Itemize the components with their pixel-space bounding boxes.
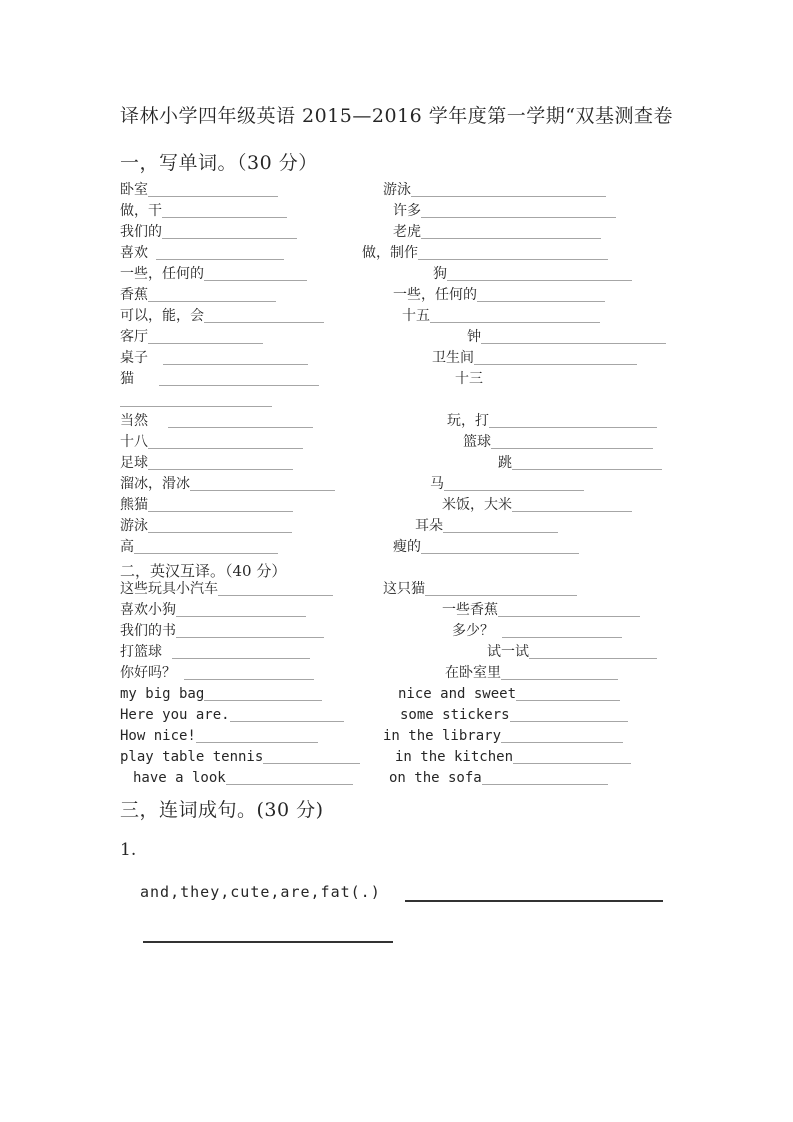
word-item: 在卧室里 bbox=[360, 663, 700, 684]
word-label: 这只猫 bbox=[383, 581, 425, 597]
word-item: How nice! bbox=[120, 726, 360, 747]
word-item: 这些玩具小汽车 bbox=[120, 579, 360, 600]
section1-heading: 一，写单词。（30 分） bbox=[120, 148, 318, 175]
answer-blank bbox=[425, 583, 577, 596]
word-label: 十三 bbox=[455, 371, 483, 387]
section1-right-column: 游泳许多老虎做，制作狗一些，任何的十五钟卫生间十三玩，打篮球跳马米饭，大米耳朵瘦… bbox=[360, 180, 700, 558]
word-item bbox=[120, 390, 360, 411]
word-item: my big bag bbox=[120, 684, 360, 705]
word-label: Here you are. bbox=[120, 707, 230, 723]
word-label: 卫生间 bbox=[432, 350, 474, 366]
document-page: 译林小学四年级英语 2015—2016 学年度第一学期“双基测查卷 一，写单词。… bbox=[0, 0, 793, 1122]
answer-blank bbox=[512, 457, 662, 470]
answer-blank bbox=[162, 226, 297, 239]
word-item: 我们的书 bbox=[120, 621, 360, 642]
answer-blank bbox=[489, 415, 657, 428]
word-item: 玩，打 bbox=[360, 411, 700, 432]
answer-blank bbox=[148, 520, 292, 533]
word-item: 卧室 bbox=[120, 180, 360, 201]
word-item: 卫生间 bbox=[360, 348, 700, 369]
word-label: 桌子 bbox=[120, 350, 148, 366]
answer-blank bbox=[172, 646, 310, 659]
answer-blank bbox=[418, 247, 608, 260]
section2-left-column: 这些玩具小汽车喜欢小狗我们的书打篮球你好吗？my big bagHere you… bbox=[120, 579, 360, 789]
answer-blank bbox=[148, 331, 263, 344]
word-item: 游泳 bbox=[120, 516, 360, 537]
answer-blank bbox=[421, 541, 579, 554]
word-label: my big bag bbox=[120, 686, 204, 702]
answer-blank bbox=[148, 184, 278, 197]
word-label: 打篮球 bbox=[120, 644, 162, 660]
question-prompt: and,they,cute,are,fat(.) bbox=[140, 883, 381, 901]
answer-blank bbox=[204, 310, 324, 323]
word-label: 一些，任何的 bbox=[120, 266, 204, 282]
answer-blank bbox=[529, 646, 657, 659]
section2-right-column: 这只猫一些香蕉多少？试一试在卧室里nice and sweetsome stic… bbox=[360, 579, 700, 789]
word-item: 一些香蕉 bbox=[360, 600, 700, 621]
word-label: 钟 bbox=[467, 329, 481, 345]
answer-blank bbox=[516, 688, 620, 701]
word-item: Here you are. bbox=[120, 705, 360, 726]
word-item: on the sofa bbox=[360, 768, 700, 789]
word-label: 我们的书 bbox=[120, 623, 176, 639]
word-item: 马 bbox=[360, 474, 700, 495]
word-item: 香蕉 bbox=[120, 285, 360, 306]
word-item: 狗 bbox=[360, 264, 700, 285]
answer-blank bbox=[230, 709, 344, 722]
word-label: 客厅 bbox=[120, 329, 148, 345]
answer-blank bbox=[421, 226, 601, 239]
answer-blank bbox=[168, 415, 313, 428]
word-label: in the library bbox=[383, 728, 501, 744]
word-label: 游泳 bbox=[120, 518, 148, 534]
word-item: 老虎 bbox=[360, 222, 700, 243]
word-label: 猫 bbox=[120, 371, 134, 387]
word-item: 可以，能，会 bbox=[120, 306, 360, 327]
word-item: 足球 bbox=[120, 453, 360, 474]
word-label: 许多 bbox=[393, 203, 421, 219]
answer-blank bbox=[421, 205, 616, 218]
answer-blank bbox=[156, 247, 284, 260]
word-label: How nice! bbox=[120, 728, 196, 744]
word-item: 我们的 bbox=[120, 222, 360, 243]
word-label: 熊猫 bbox=[120, 497, 148, 513]
word-item: 试一试 bbox=[360, 642, 700, 663]
answer-blank bbox=[510, 709, 628, 722]
word-label: 高 bbox=[120, 539, 134, 555]
word-item: in the kitchen bbox=[360, 747, 700, 768]
answer-blank bbox=[148, 436, 303, 449]
word-label: nice and sweet bbox=[398, 686, 516, 702]
word-item: 高 bbox=[120, 537, 360, 558]
word-label: 足球 bbox=[120, 455, 148, 471]
word-item: 一些，任何的 bbox=[360, 285, 700, 306]
answer-blank bbox=[474, 352, 637, 365]
word-label: 在卧室里 bbox=[445, 665, 501, 681]
answer-blank bbox=[430, 310, 600, 323]
answer-blank bbox=[148, 499, 293, 512]
answer-blank bbox=[163, 352, 308, 365]
answer-blank bbox=[176, 625, 324, 638]
word-item: 耳朵 bbox=[360, 516, 700, 537]
word-label: 我们的 bbox=[120, 224, 162, 240]
word-item: 做，制作 bbox=[360, 243, 700, 264]
word-item: 十五 bbox=[360, 306, 700, 327]
word-item bbox=[360, 390, 700, 411]
word-label: 游泳 bbox=[383, 182, 411, 198]
word-label: play table tennis bbox=[120, 749, 263, 765]
word-label: some stickers bbox=[400, 707, 510, 723]
word-label: 十五 bbox=[402, 308, 430, 324]
answer-blank bbox=[162, 205, 287, 218]
answer-blank bbox=[134, 541, 278, 554]
page-title: 译林小学四年级英语 2015—2016 学年度第一学期“双基测查卷 bbox=[120, 101, 673, 128]
word-item: 猫 bbox=[120, 369, 360, 390]
answer-blank bbox=[512, 499, 632, 512]
word-label: in the kitchen bbox=[395, 749, 513, 765]
section1-left-column: 卧室做，干我们的喜欢一些，任何的香蕉可以，能，会客厅桌子猫当然十八足球溜冰，滑冰… bbox=[120, 180, 360, 558]
answer-blank bbox=[204, 268, 307, 281]
word-label: 一些，任何的 bbox=[393, 287, 477, 303]
word-label: 溜冰，滑冰 bbox=[120, 476, 190, 492]
answer-blank bbox=[411, 184, 606, 197]
answer-blank bbox=[443, 520, 558, 533]
word-item: in the library bbox=[360, 726, 700, 747]
section3-heading: 三，连词成句。(30 分) bbox=[120, 795, 324, 822]
word-item: 溜冰，滑冰 bbox=[120, 474, 360, 495]
word-item: 篮球 bbox=[360, 432, 700, 453]
word-item: 做，干 bbox=[120, 201, 360, 222]
word-label: 可以，能，会 bbox=[120, 308, 204, 324]
answer-blank bbox=[491, 436, 653, 449]
answer-blank bbox=[502, 625, 622, 638]
word-label: 香蕉 bbox=[120, 287, 148, 303]
word-item: 桌子 bbox=[120, 348, 360, 369]
word-label: 喜欢小狗 bbox=[120, 602, 176, 618]
word-item: have a look bbox=[120, 768, 360, 789]
word-item: 许多 bbox=[360, 201, 700, 222]
word-item: 多少？ bbox=[360, 621, 700, 642]
answer-blank bbox=[447, 268, 632, 281]
word-label: 这些玩具小汽车 bbox=[120, 581, 218, 597]
word-label: 喜欢 bbox=[120, 245, 148, 261]
answer-blank bbox=[143, 941, 393, 943]
answer-blank bbox=[481, 331, 666, 344]
word-label: 老虎 bbox=[393, 224, 421, 240]
word-item: 喜欢小狗 bbox=[120, 600, 360, 621]
answer-blank bbox=[498, 604, 640, 617]
word-label: 瘦的 bbox=[393, 539, 421, 555]
word-item: 喜欢 bbox=[120, 243, 360, 264]
answer-blank bbox=[263, 751, 360, 764]
word-label: 篮球 bbox=[463, 434, 491, 450]
word-label: 做，干 bbox=[120, 203, 162, 219]
answer-blank bbox=[204, 688, 322, 701]
word-label: 多少？ bbox=[452, 623, 494, 639]
word-label: 你好吗？ bbox=[120, 665, 176, 681]
word-label: 跳 bbox=[498, 455, 512, 471]
word-item: nice and sweet bbox=[360, 684, 700, 705]
answer-blank bbox=[184, 667, 314, 680]
word-label: 一些香蕉 bbox=[442, 602, 498, 618]
word-item: 一些，任何的 bbox=[120, 264, 360, 285]
word-label: have a look bbox=[133, 770, 226, 786]
word-item: 当然 bbox=[120, 411, 360, 432]
word-item: 客厅 bbox=[120, 327, 360, 348]
word-item: play table tennis bbox=[120, 747, 360, 768]
word-label: 做，制作 bbox=[362, 245, 418, 261]
answer-blank bbox=[120, 394, 272, 407]
word-item: some stickers bbox=[360, 705, 700, 726]
word-label: 狗 bbox=[433, 266, 447, 282]
word-label: 试一试 bbox=[487, 644, 529, 660]
answer-blank bbox=[482, 772, 608, 785]
word-label: 卧室 bbox=[120, 182, 148, 198]
word-label: 十八 bbox=[120, 434, 148, 450]
answer-blank bbox=[444, 478, 584, 491]
answer-blank bbox=[501, 667, 618, 680]
answer-blank bbox=[218, 583, 333, 596]
answer-blank bbox=[148, 289, 276, 302]
word-item: 瘦的 bbox=[360, 537, 700, 558]
word-item: 打篮球 bbox=[120, 642, 360, 663]
word-item: 十三 bbox=[360, 369, 700, 390]
answer-blank bbox=[477, 289, 605, 302]
word-item: 你好吗？ bbox=[120, 663, 360, 684]
answer-blank bbox=[226, 772, 353, 785]
answer-blank bbox=[159, 373, 319, 386]
word-item: 钟 bbox=[360, 327, 700, 348]
answer-blank bbox=[513, 751, 631, 764]
section2-heading: 二，英汉互译。（40 分） bbox=[120, 560, 286, 581]
word-label: 当然 bbox=[120, 413, 148, 429]
word-label: 玩，打 bbox=[447, 413, 489, 429]
word-label: 马 bbox=[430, 476, 444, 492]
word-label: 米饭，大米 bbox=[442, 497, 512, 513]
word-item: 这只猫 bbox=[360, 579, 700, 600]
word-item: 游泳 bbox=[360, 180, 700, 201]
answer-blank bbox=[405, 900, 663, 902]
answer-blank bbox=[190, 478, 335, 491]
word-item: 米饭，大米 bbox=[360, 495, 700, 516]
answer-blank bbox=[148, 457, 293, 470]
question-number: 1. bbox=[120, 840, 136, 860]
word-item: 熊猫 bbox=[120, 495, 360, 516]
answer-blank bbox=[196, 730, 318, 743]
answer-blank bbox=[501, 730, 623, 743]
answer-blank bbox=[176, 604, 306, 617]
word-item: 跳 bbox=[360, 453, 700, 474]
word-label: on the sofa bbox=[389, 770, 482, 786]
word-label: 耳朵 bbox=[415, 518, 443, 534]
word-item: 十八 bbox=[120, 432, 360, 453]
